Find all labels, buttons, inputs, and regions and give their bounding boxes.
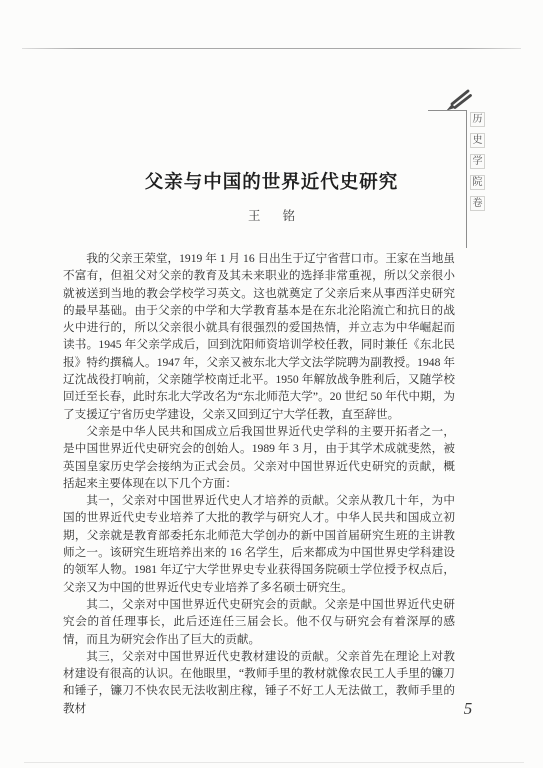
article-body: 我的父亲王荣堂，1919 年 1 月 16 日出生于辽宁省营口市。王家在当地虽不… [63,250,455,717]
article-author: 王铭 [0,206,543,224]
volume-side-label: 历 史 学 院 卷 [470,112,485,211]
scanned-book-page: 历 史 学 院 卷 父亲与中国的世界近代史研究 王铭 我的父亲王荣堂，1919 … [0,0,543,768]
paragraph-1: 我的父亲王荣堂，1919 年 1 月 16 日出生于辽宁省营口市。王家在当地虽不… [63,250,455,423]
bottom-edge-rule [24,762,524,763]
author-given-name: 铭 [283,209,296,223]
volume-label-char: 史 [470,133,485,148]
author-surname: 王 [248,209,261,223]
paragraph-4: 其二，父亲对中国世界近代史研究会的贡献。父亲是中国世界近代史研究会的首任理事长，… [63,596,455,648]
volume-label-char: 历 [470,112,485,127]
paragraph-3: 其一，父亲对中国世界近代史人才培养的贡献。父亲从教几十年，为中国的世界近代史专业… [63,492,455,596]
paragraph-5: 其三，父亲对中国世界近代史教材建设的贡献。父亲首先在理论上对教材建设有很高的认识… [63,648,455,717]
top-edge-rule [22,48,521,49]
volume-label-char: 学 [470,154,485,169]
article-title: 父亲与中国的世界近代史研究 [0,168,543,194]
paragraph-2: 父亲是中华人民共和国成立后我国世界近代史学科的主要开拓者之一，是中国世界近代史研… [63,423,455,492]
page-number: 5 [455,699,481,719]
